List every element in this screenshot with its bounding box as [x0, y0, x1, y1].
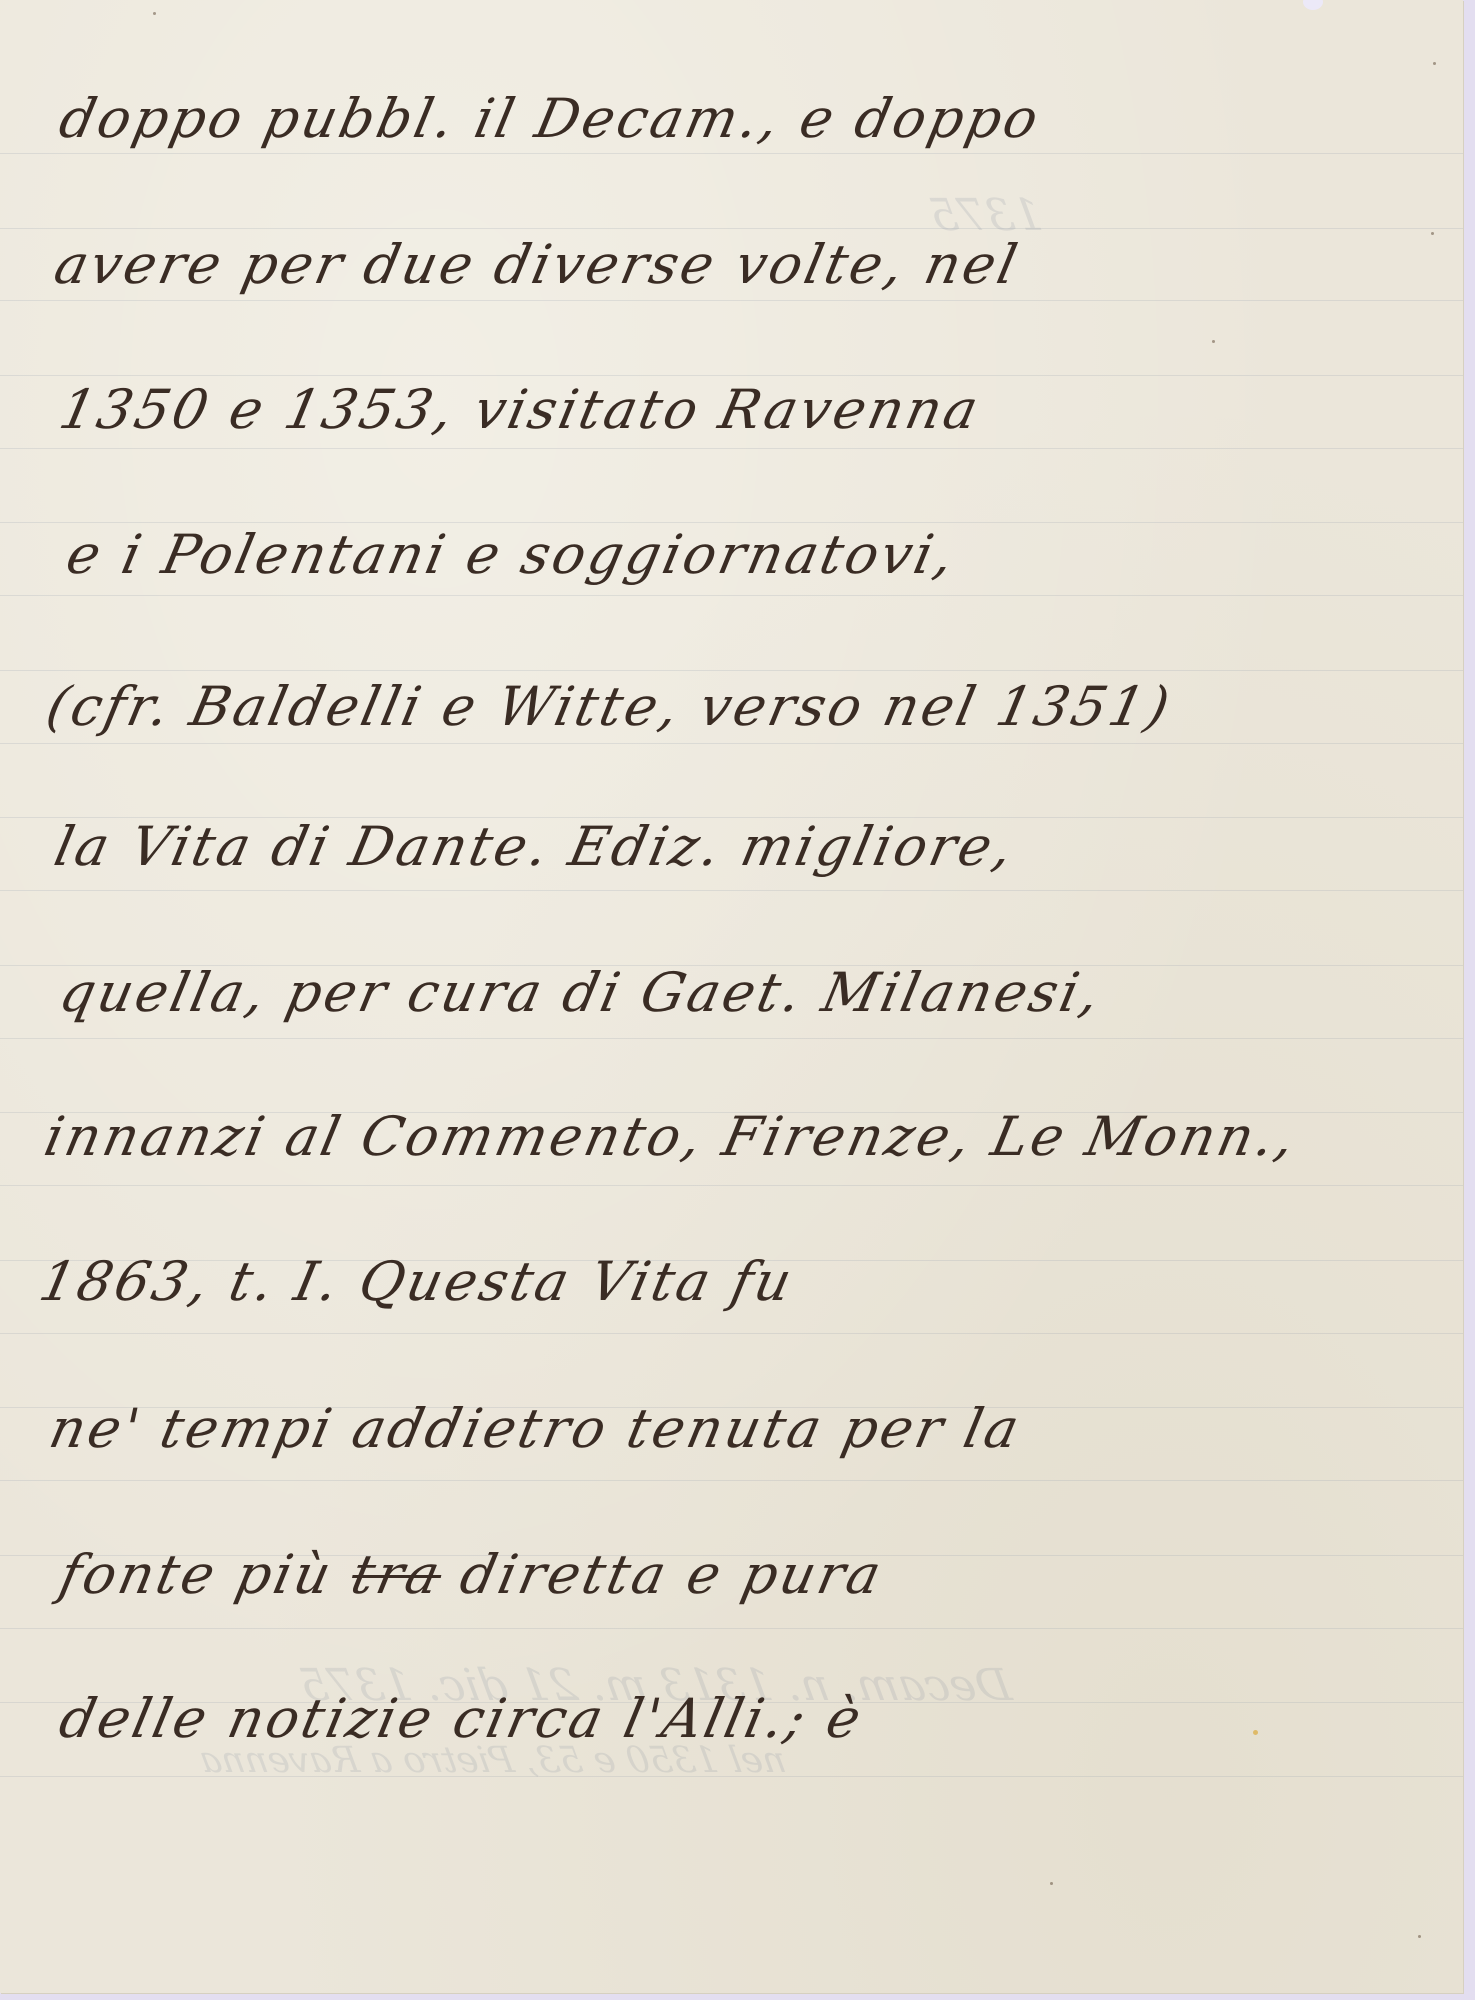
manuscript-line: e i Polentani e soggiornatovi, [62, 528, 961, 582]
manuscript-page: 1375 Decam. n. 1313 m. 21 dic. 1375 nel … [0, 0, 1463, 1993]
ruled-line [0, 1333, 1463, 1334]
manuscript-line-text: fonte più tra diretta e pura [54, 1543, 889, 1606]
punch-hole [1303, 0, 1323, 10]
paper-speck [1212, 340, 1215, 343]
struck-word: tra [346, 1543, 448, 1606]
manuscript-line: innanzi al Commento, Firenze, Le Monn., [40, 1110, 1302, 1164]
ruled-line [0, 1628, 1463, 1629]
manuscript-line: avere per due diverse volte, nel [50, 238, 1024, 292]
paper-speck [153, 12, 156, 15]
paper-speck [1253, 1730, 1258, 1735]
ruled-line [0, 300, 1463, 301]
ruled-line [0, 448, 1463, 449]
paper-speck [1431, 232, 1434, 235]
ruled-line [0, 743, 1463, 744]
manuscript-line: 1863, t. I. Questa Vita fu [35, 1255, 799, 1309]
manuscript-line: doppo pubbl. il Decam., e doppo [55, 92, 1045, 146]
ruled-line [0, 1480, 1463, 1481]
paper-speck [1433, 62, 1436, 65]
ruled-line [0, 595, 1463, 596]
ruled-line [0, 228, 1463, 229]
manuscript-line: 1350 e 1353, visitato Ravenna [55, 383, 985, 437]
ruled-line [0, 1185, 1463, 1186]
manuscript-line: fonte più tra diretta e pura [55, 1548, 888, 1602]
manuscript-line: la Vita di Dante. Ediz. migliore, [50, 820, 1020, 874]
paper-speck [1050, 1882, 1053, 1885]
ruled-line [0, 153, 1463, 154]
manuscript-line: ne' tempi addietro tenuta per la [45, 1402, 1026, 1456]
ruled-line [0, 1038, 1463, 1039]
paper-speck [1418, 1935, 1421, 1938]
ruled-line [0, 375, 1463, 376]
manuscript-line: delle notizie circa l'Alli.; è [55, 1692, 868, 1746]
ruled-line [0, 890, 1463, 891]
manuscript-line: quella, per cura di Gaet. Milanesi, [55, 966, 1107, 1020]
ruled-line [0, 670, 1463, 671]
manuscript-line: (cfr. Baldelli e Witte, verso nel 1351) [42, 680, 1177, 734]
